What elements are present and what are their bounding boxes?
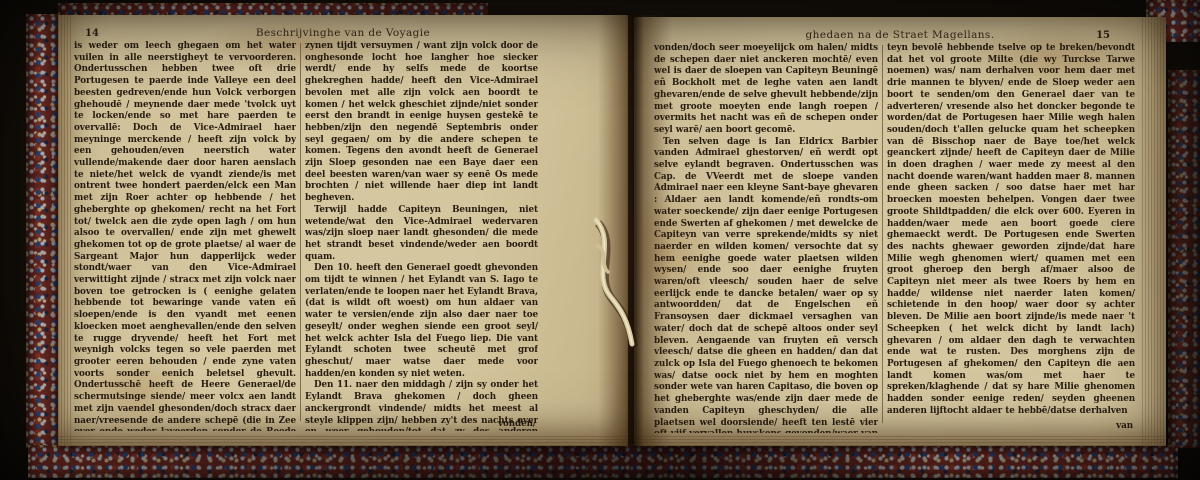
right-running-header: ghedaen na de Straet Magellans. bbox=[634, 29, 1166, 41]
page-edge-lines bbox=[634, 435, 1166, 446]
right-column-1: vonden/doch seer moeyelijck om halen/ mi… bbox=[654, 43, 878, 433]
right-page-number: 15 bbox=[1096, 30, 1110, 41]
left-page: 14 Beschrijvinghe van de Voyagie is wede… bbox=[58, 15, 628, 446]
left-column-1: is weder om leech ghegaen om het water v… bbox=[74, 41, 296, 431]
paragraph: vonden/doch seer moeyelijck om halen/ mi… bbox=[654, 43, 878, 137]
catchword-right: van bbox=[1116, 421, 1133, 433]
right-page-header: ghedaen na de Straet Magellans. 15 bbox=[634, 17, 1166, 43]
page-edge-lines bbox=[58, 15, 73, 446]
column-rule bbox=[300, 43, 301, 421]
paragraph: Den 10. heeft den Generael goedt ghevond… bbox=[305, 263, 538, 380]
page-edge-lines bbox=[58, 435, 628, 446]
paragraph: Ten selven dage is Ian Eldricx Barbier v… bbox=[654, 137, 878, 433]
left-running-header: Beschrijvinghe van de Voyagie bbox=[58, 27, 628, 39]
paragraph: teyn bevolē hebbende tselve op te breken… bbox=[887, 43, 1135, 418]
left-page-header: 14 Beschrijvinghe van de Voyagie bbox=[58, 15, 628, 41]
book-photo: 14 Beschrijvinghe van de Voyagie is wede… bbox=[0, 0, 1200, 480]
catchword-left: vonden/ bbox=[498, 419, 536, 431]
marbled-edge-bottom bbox=[28, 445, 1178, 478]
bookmark-cord bbox=[586, 216, 662, 348]
paragraph: is weder om leech ghegaen om het water v… bbox=[74, 41, 296, 431]
marbled-edge-right bbox=[1168, 70, 1200, 448]
paragraph: zynen tijdt versuymen / want zijn volck … bbox=[305, 41, 538, 205]
left-column-2: vonden/ zynen tijdt versuymen / want zij… bbox=[305, 41, 538, 431]
right-page: ghedaen na de Straet Magellans. 15 vonde… bbox=[634, 17, 1166, 446]
marbled-edge-left bbox=[26, 14, 60, 448]
right-column-2: van teyn bevolē hebbende tselve op te br… bbox=[887, 43, 1135, 433]
paragraph: Terwijl hadde Capiteyn Beuningen, niet w… bbox=[305, 205, 538, 264]
column-rule bbox=[882, 45, 883, 423]
page-edge-lines bbox=[1140, 17, 1166, 446]
